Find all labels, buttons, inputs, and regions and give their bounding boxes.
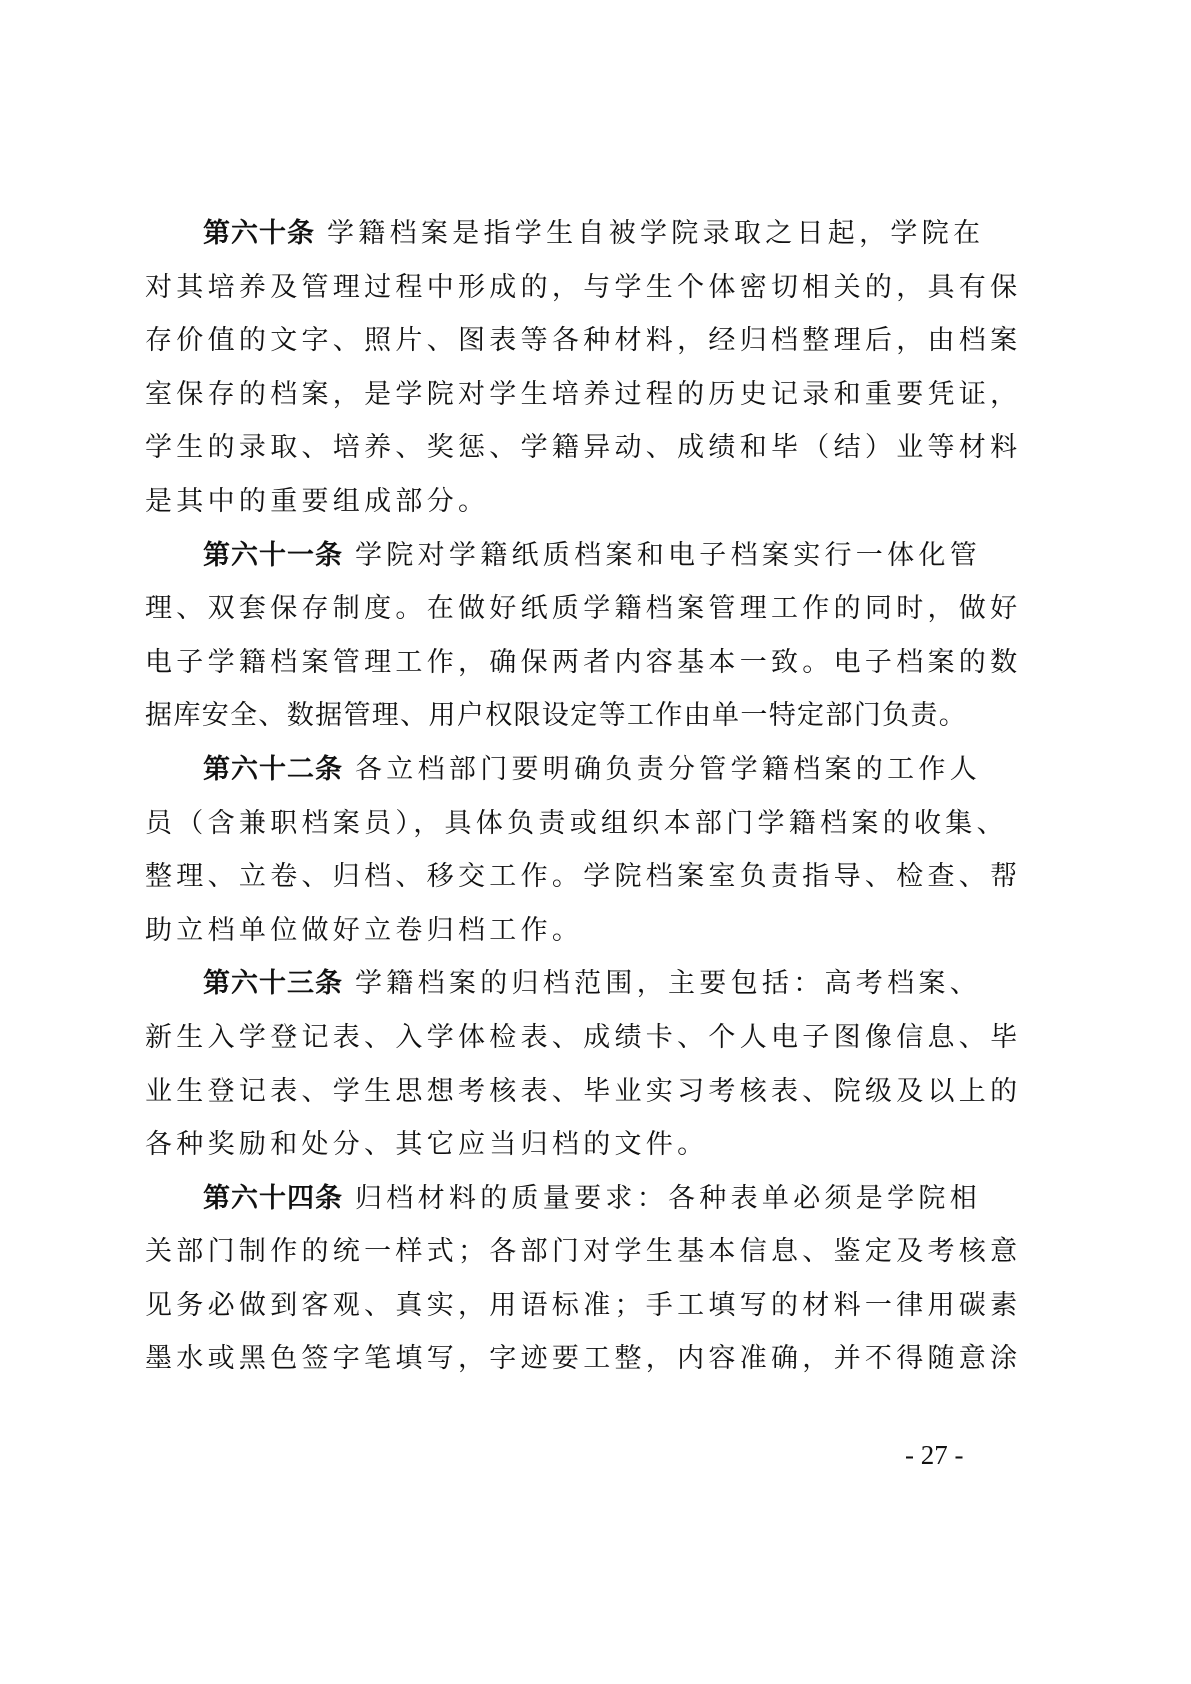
article-first-line: 第六十二条各立档部门要明确负责分管学籍档案的工作人 <box>145 743 967 797</box>
article-line: 见务必做到客观、真实，用语标准；手工填写的材料一律用碳素 <box>145 1279 967 1333</box>
article-number: 第六十四条 <box>203 1183 343 1214</box>
document-page: 第六十条学籍档案是指学生自被学院录取之日起，学院在 对其培养及管理过程中形成的，… <box>0 0 1191 1684</box>
article-61: 第六十一条学院对学籍纸质档案和电子档案实行一体化管 理、双套保存制度。在做好纸质… <box>145 529 967 743</box>
article-first-line: 第六十三条学籍档案的归档范围，主要包括：高考档案、 <box>145 957 967 1011</box>
article-line: 墨水或黑色签字笔填写，字迹要工整，内容准确，并不得随意涂 <box>145 1332 967 1386</box>
article-line: 存价值的文字、照片、图表等各种材料，经归档整理后，由档案 <box>145 314 967 368</box>
article-line: 学生的录取、培养、奖惩、学籍异动、成绩和毕（结）业等材料 <box>145 421 967 475</box>
article-62: 第六十二条各立档部门要明确负责分管学籍档案的工作人 员（含兼职档案员），具体负责… <box>145 743 967 957</box>
article-line: 据库安全、数据管理、用户权限设定等工作由单一特定部门负责。 <box>145 689 967 743</box>
article-64: 第六十四条归档材料的质量要求：各种表单必须是学院相 关部门制作的统一样式；各部门… <box>145 1172 967 1386</box>
article-text: 学籍档案的归档范围，主要包括：高考档案、 <box>355 968 981 999</box>
article-number: 第六十三条 <box>203 968 343 999</box>
article-number: 第六十二条 <box>203 754 343 785</box>
article-text: 学院对学籍纸质档案和电子档案实行一体化管 <box>355 540 981 571</box>
article-line: 业生登记表、学生思想考核表、毕业实习考核表、院级及以上的 <box>145 1065 967 1119</box>
article-number: 第六十一条 <box>203 540 343 571</box>
article-line: 理、双套保存制度。在做好纸质学籍档案管理工作的同时，做好 <box>145 582 967 636</box>
article-line: 新生入学登记表、入学体检表、成绩卡、个人电子图像信息、毕 <box>145 1011 967 1065</box>
article-60: 第六十条学籍档案是指学生自被学院录取之日起，学院在 对其培养及管理过程中形成的，… <box>145 207 967 529</box>
article-number: 第六十条 <box>203 218 315 249</box>
page-number: - 27 - <box>905 1440 963 1471</box>
article-line: 电子学籍档案管理工作，确保两者内容基本一致。电子档案的数 <box>145 636 967 690</box>
article-line: 各种奖励和处分、其它应当归档的文件。 <box>145 1118 967 1172</box>
article-first-line: 第六十四条归档材料的质量要求：各种表单必须是学院相 <box>145 1172 967 1226</box>
article-line: 整理、立卷、归档、移交工作。学院档案室负责指导、检查、帮 <box>145 850 967 904</box>
article-line: 是其中的重要组成部分。 <box>145 475 967 529</box>
article-63: 第六十三条学籍档案的归档范围，主要包括：高考档案、 新生入学登记表、入学体检表、… <box>145 957 967 1171</box>
document-body: 第六十条学籍档案是指学生自被学院录取之日起，学院在 对其培养及管理过程中形成的，… <box>145 207 967 1386</box>
article-line: 对其培养及管理过程中形成的，与学生个体密切相关的，具有保 <box>145 261 967 315</box>
article-line: 关部门制作的统一样式；各部门对学生基本信息、鉴定及考核意 <box>145 1225 967 1279</box>
article-line: 助立档单位做好立卷归档工作。 <box>145 904 967 958</box>
article-first-line: 第六十一条学院对学籍纸质档案和电子档案实行一体化管 <box>145 529 967 583</box>
article-line: 室保存的档案，是学院对学生培养过程的历史记录和重要凭证， <box>145 368 967 422</box>
article-text: 归档材料的质量要求：各种表单必须是学院相 <box>355 1183 981 1214</box>
article-text: 各立档部门要明确负责分管学籍档案的工作人 <box>355 754 981 785</box>
article-first-line: 第六十条学籍档案是指学生自被学院录取之日起，学院在 <box>145 207 967 261</box>
article-text: 学籍档案是指学生自被学院录取之日起，学院在 <box>327 218 984 249</box>
article-line: 员（含兼职档案员），具体负责或组织本部门学籍档案的收集、 <box>145 797 967 851</box>
